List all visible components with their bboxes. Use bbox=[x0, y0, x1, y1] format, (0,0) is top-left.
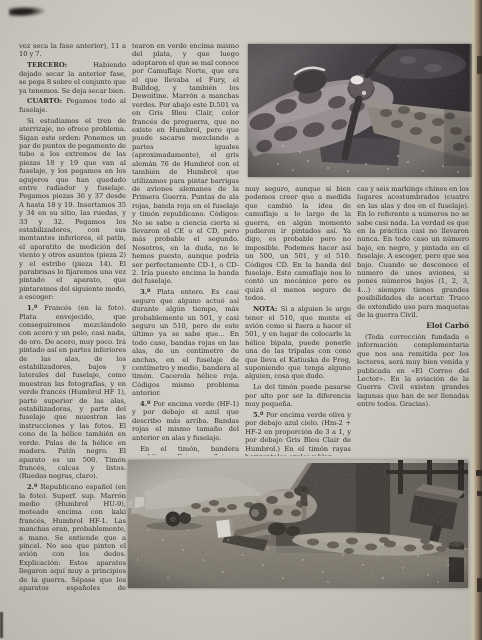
vignette bbox=[128, 460, 468, 588]
paragraph-lead: NOTA: bbox=[253, 305, 281, 313]
aircraft-scene-illustration bbox=[128, 460, 468, 588]
paragraph: 1.º Francés (en la foto). Plata envejeci… bbox=[19, 304, 126, 481]
paragraph-lead: 4.º bbox=[140, 400, 153, 408]
vignette bbox=[248, 44, 472, 177]
paragraph: 5.º Por encima verde oliva y por debajo … bbox=[245, 411, 351, 456]
page-edge-mark bbox=[477, 56, 482, 74]
page-edge-mark bbox=[477, 578, 482, 592]
magazine-page: vez seca la fase anterior), 11 a 10 y 7.… bbox=[0, 0, 482, 640]
paragraph: CUARTO: Pegamos todo al fuselaje. bbox=[19, 97, 126, 114]
aircraft-nose-illustration bbox=[248, 44, 472, 177]
text-column-1: vez seca la fase anterior), 11 a 10 y 7.… bbox=[19, 42, 126, 593]
paragraph-lead: 1.º bbox=[27, 304, 44, 312]
paragraph: En el timón, bandera republicana. Este c… bbox=[132, 445, 239, 455]
page-edge-mark bbox=[476, 470, 482, 476]
paragraph-lead: 3.º bbox=[140, 288, 157, 296]
photo-aircraft-nose bbox=[248, 44, 472, 177]
page-edge-shadow bbox=[469, 0, 482, 640]
paragraph-lead: 5.º bbox=[253, 411, 266, 419]
editorial-closing-note: (Toda corrección fundada e información c… bbox=[357, 333, 469, 409]
paragraph: 4.º Por encima verde (HF-1) y por debajo… bbox=[132, 400, 239, 442]
paragraph: NOTA: Si a alguien le urge tener el 510,… bbox=[245, 305, 351, 381]
page-edge-mark bbox=[477, 491, 482, 496]
paragraph-lead: TERCERO: bbox=[27, 61, 93, 69]
text-column-2: tearon en verde encima mismo del plata, … bbox=[132, 42, 239, 455]
paragraph: Si estudiamos el tren de aterrizaje, no … bbox=[19, 117, 126, 302]
paragraph-lead: CUARTO: bbox=[27, 97, 66, 105]
column-4-paragraphs: cas y seis markings chinos en los lugare… bbox=[357, 185, 469, 320]
paragraph: 3.º Plata entero. Es casi seguro que alg… bbox=[132, 288, 239, 397]
paragraph: TERCERO: Habiendo dejado secar la anteri… bbox=[19, 61, 126, 95]
paragraph-lead: 2.º bbox=[27, 483, 41, 491]
text-column-3: muy seguro, aunque si bien podemos creer… bbox=[245, 185, 351, 456]
paragraph: vez seca la fase anterior), 11 a 10 y 7. bbox=[19, 42, 126, 59]
paragraph: 2.º Republicano español (en la foto). Su… bbox=[19, 483, 126, 593]
author-signature: Eloi Carbó bbox=[357, 322, 469, 330]
paragraph: Lo del timón puede pasarse por alto por … bbox=[245, 383, 351, 408]
text-column-4: cas y seis markings chinos en los lugare… bbox=[357, 185, 469, 485]
paragraph: muy seguro, aunque si bien podemos creer… bbox=[245, 185, 351, 303]
photo-camouflaged-aircraft-scene bbox=[128, 460, 468, 588]
paragraph: cas y seis markings chinos en los lugare… bbox=[357, 185, 469, 320]
page-corner-mark bbox=[0, 612, 3, 638]
paragraph: tearon en verde encima mismo del plata, … bbox=[132, 42, 239, 286]
ink-smudge bbox=[9, 5, 46, 17]
